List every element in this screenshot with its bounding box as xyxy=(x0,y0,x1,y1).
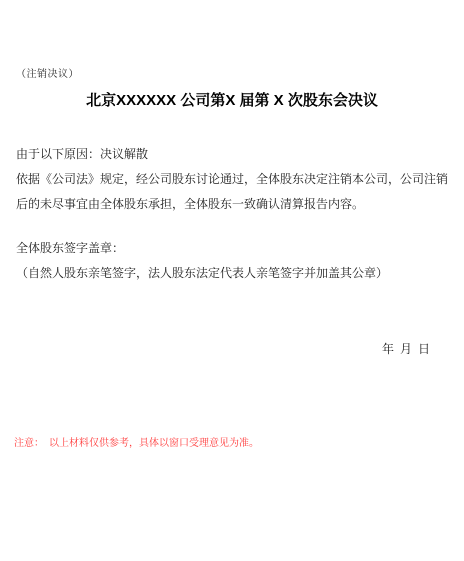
body-paragraph: 依据《公司法》规定，经公司股东讨论通过，全体股东决定注销本公司，公司注销后的未尽… xyxy=(16,167,448,217)
signature-label: 全体股东签字盖章： xyxy=(16,236,448,261)
signature-section: 全体股东签字盖章： （自然人股东亲笔签字，法人股东法定代表人亲笔签字并加盖其公章… xyxy=(16,236,448,286)
notice-label: 注意： xyxy=(14,438,49,449)
notice-text: 以上材料仅供参考，具体以窗口受理意见为准。 xyxy=(49,438,259,449)
document-title: 北京XXXXXX 公司第X 届第 X 次股东会决议 xyxy=(0,92,464,111)
document-body: 由于以下原因：决议解散 依据《公司法》规定，经公司股东讨论通过，全体股东决定注销… xyxy=(16,142,448,217)
document-type-tag: （注销决议） xyxy=(16,68,79,81)
document-page: （注销决议） 北京XXXXXX 公司第X 届第 X 次股东会决议 由于以下原因：… xyxy=(0,0,464,561)
reason-line: 由于以下原因：决议解散 xyxy=(16,142,448,167)
date-placeholder: 年 月 日 xyxy=(382,337,430,362)
notice-line: 注意：以上材料仅供参考，具体以窗口受理意见为准。 xyxy=(14,437,259,450)
signature-instruction: （自然人股东亲笔签字，法人股东法定代表人亲笔签字并加盖其公章） xyxy=(16,261,448,286)
